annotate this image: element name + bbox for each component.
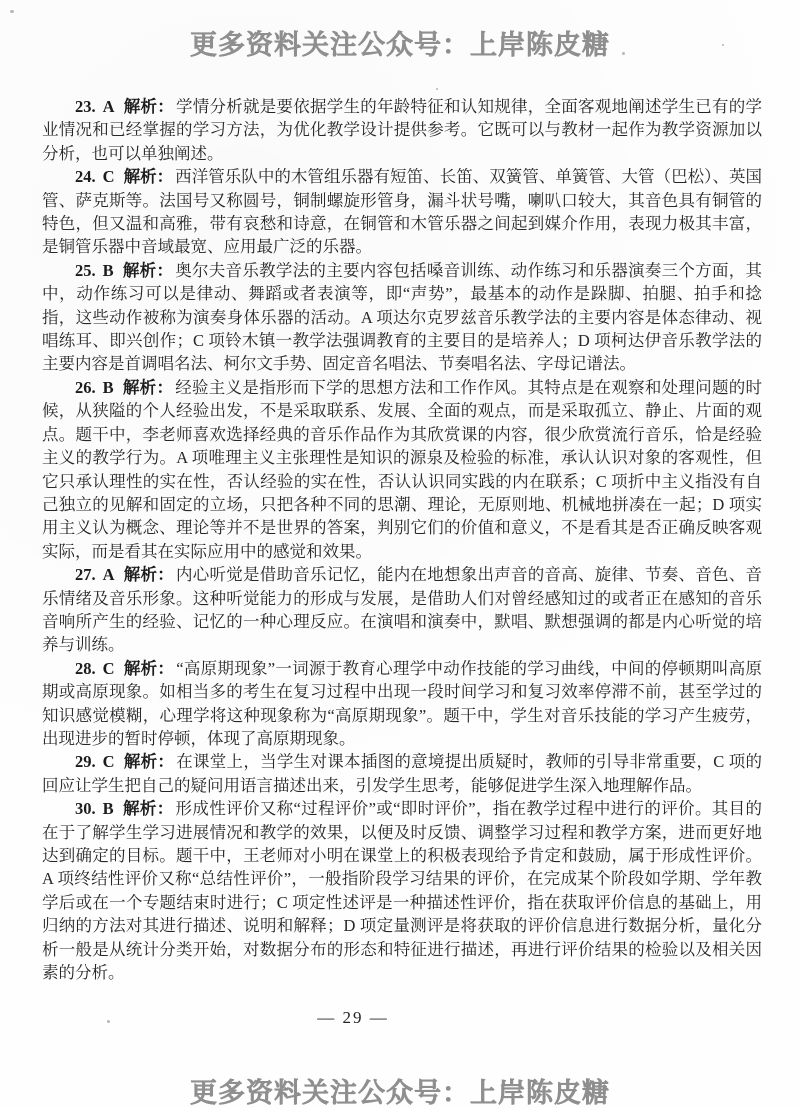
answer-item-28: 28.C解析：“高原期现象”一词源于教育心理学中动作技能的学习曲线，中间的停顿期… [42,657,762,751]
scan-speck [107,1020,110,1023]
answer-choice: C [103,167,115,186]
document-page: 更多资料关注公众号：上岸陈皮糖 23.A解析：学情分析就是要依据学生的年龄特征和… [0,0,800,1108]
answer-item-29: 29.C解析：在课堂上，当学生对课本插图的意境提出质疑时，教师的引导非常重要，C… [42,750,762,797]
answer-choice: A [103,565,115,584]
answer-choice: B [103,378,114,397]
answer-number: 26. [75,378,96,397]
answer-label: 解析： [123,261,174,280]
scan-speck [622,52,625,55]
answer-choice: C [103,659,115,678]
page-number: — 29 — [0,1008,706,1028]
answer-item-27: 27.A解析：内心听觉是借助音乐记忆，能内在地想象出声音的音高、旋律、节奏、音色… [42,563,762,657]
answers-section: 23.A解析：学情分析就是要依据学生的年龄特征和认知规律，全面客观地阐述学生已有… [42,95,762,984]
answer-item-25: 25.B解析：奥尔夫音乐教学法的主要内容包括嗓音训练、动作练习和乐器演奏三个方面… [42,259,762,376]
answer-label: 解析： [123,799,174,818]
answer-number: 28. [75,659,96,678]
answer-item-23: 23.A解析：学情分析就是要依据学生的年龄特征和认知规律，全面客观地阐述学生已有… [42,95,762,165]
answer-label: 解析： [124,565,175,584]
footer-watermark-banner: 更多资料关注公众号：上岸陈皮糖 [0,1071,800,1108]
scan-speck [722,44,724,46]
answer-label: 解析： [124,97,175,116]
header-watermark-banner: 更多资料关注公众号：上岸陈皮糖 [0,23,800,62]
answer-number: 30. [75,799,96,818]
answer-choice: B [103,799,114,818]
scan-speck [436,88,438,90]
answer-number: 29. [75,752,96,771]
answer-item-30: 30.B解析：形成性评价又称“过程评价”或“即时评价”，指在教学过程中进行的评价… [42,797,762,984]
answer-number: 25. [75,261,96,280]
answer-choice: B [103,261,114,280]
answer-item-24: 24.C解析：西洋管乐队中的木管组乐器有短笛、长笛、双簧管、单簧管、大管（巴松）… [42,165,762,259]
answer-text: 经验主义是指形而下学的思想方法和工作作风。其特点是在观察和处理问题的时候，从狭隘… [42,378,762,561]
answer-number: 23. [75,97,96,116]
answer-number: 24. [75,167,96,186]
scan-speck [10,10,14,13]
answer-label: 解析： [124,659,175,678]
answer-label: 解析： [124,167,174,186]
answer-choice: A [103,97,115,116]
answer-label: 解析： [123,378,174,397]
answer-number: 27. [75,565,96,584]
answer-item-26: 26.B解析：经验主义是指形而下学的思想方法和工作作风。其特点是在观察和处理问题… [42,376,762,563]
answer-choice: C [103,752,115,771]
answer-text: 形成性评价又称“过程评价”或“即时评价”，指在教学过程中进行的评价。其目的在于了… [42,799,762,982]
answer-label: 解析： [124,752,175,771]
